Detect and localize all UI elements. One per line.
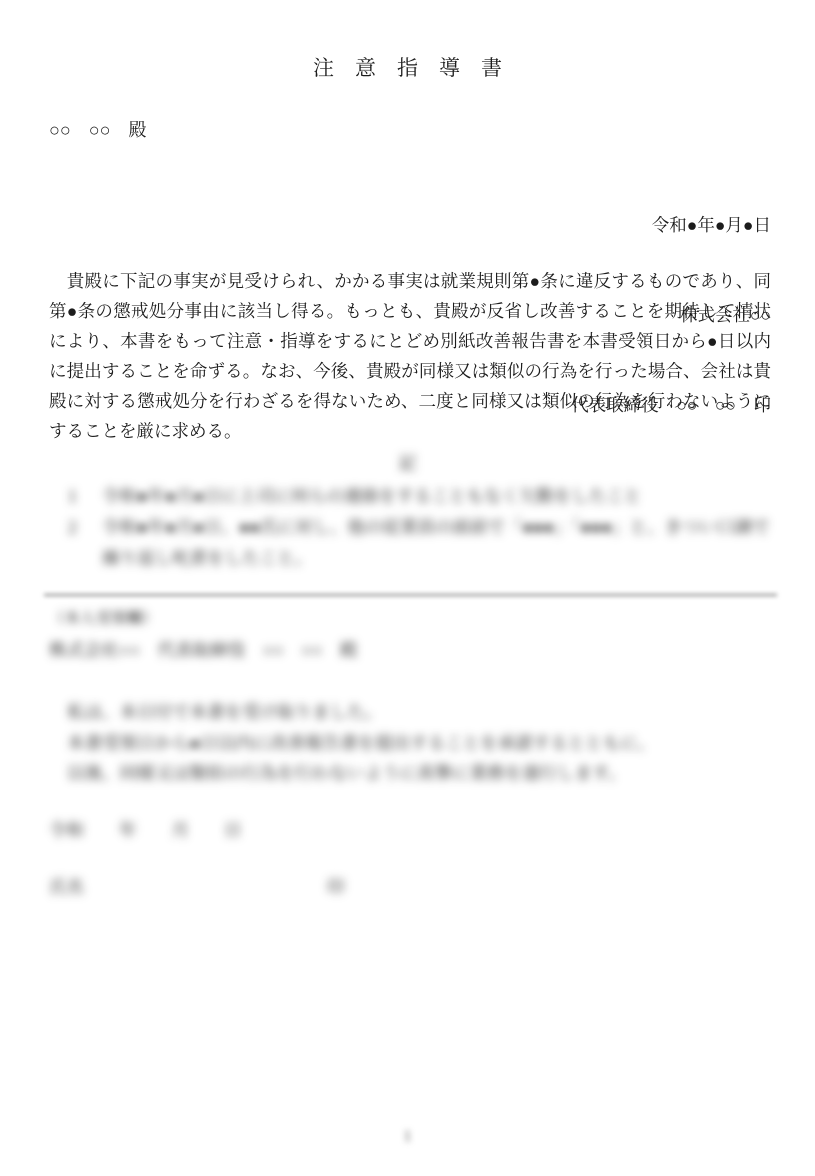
document-title: 注 意 指 導 書 [0, 52, 815, 82]
body-paragraph: 貴殿に下記の事実が見受けられ、かかる事実は就業規則第●条に違反するものであり、同… [49, 266, 771, 446]
receipt-addressee: 株式会社○○ 代表取締役 ○○ ○○ 殿 [49, 637, 357, 662]
receipt-statement-line: 本書受領日から●日以内に改善報告書を提出することを承諾するとともに、 [67, 728, 789, 759]
list-item-number: 2 [68, 512, 102, 574]
list-item-number: 1 [68, 481, 102, 512]
receipt-statement: 私は、本日付で本書を受け取りました。 本書受領日から●日以内に改善報告書を提出す… [49, 697, 789, 789]
page-number: 1 [0, 1128, 815, 1146]
seal-mark-label: 印 [327, 874, 345, 899]
name-field-label: 氏名 [49, 874, 84, 899]
receipt-statement-line: 私は、本日付で本書を受け取りました。 [67, 697, 789, 728]
list-item: 1 令和●年●月●日に上司に何らの連絡をすることもなく欠勤をしたこと [68, 481, 772, 512]
receipt-date-blank: 令和 年 月 日 [49, 817, 242, 842]
list-item: 2 令和●年●月●日、●●氏に対し、他の従業員の面前で「●●●」「●●●」と、き… [68, 512, 772, 574]
list-item-text: 令和●年●月●日、●●氏に対し、他の従業員の面前で「●●●」「●●●」と、きつい… [102, 512, 772, 574]
issue-date: 令和●年●月●日 [571, 210, 771, 240]
document-page: 注 意 指 導 書 ○○ ○○ 殿 令和●年●月●日 株式会社○○ 代表取締役 … [0, 0, 815, 1176]
addressee-line: ○○ ○○ 殿 [49, 116, 147, 142]
receipt-statement-line: 以後、同様又は類似の行為を行わないように真摯に業務を遂行します。 [67, 758, 789, 789]
fact-list: 1 令和●年●月●日に上司に何らの連絡をすることもなく欠勤をしたこと 2 令和●… [68, 481, 772, 574]
list-item-text: 令和●年●月●日に上司に何らの連絡をすることもなく欠勤をしたこと [102, 481, 772, 512]
list-header-ki: 記 [0, 450, 815, 475]
section-divider [44, 594, 777, 596]
receipt-section-label: （本人受領欄） [49, 606, 158, 628]
